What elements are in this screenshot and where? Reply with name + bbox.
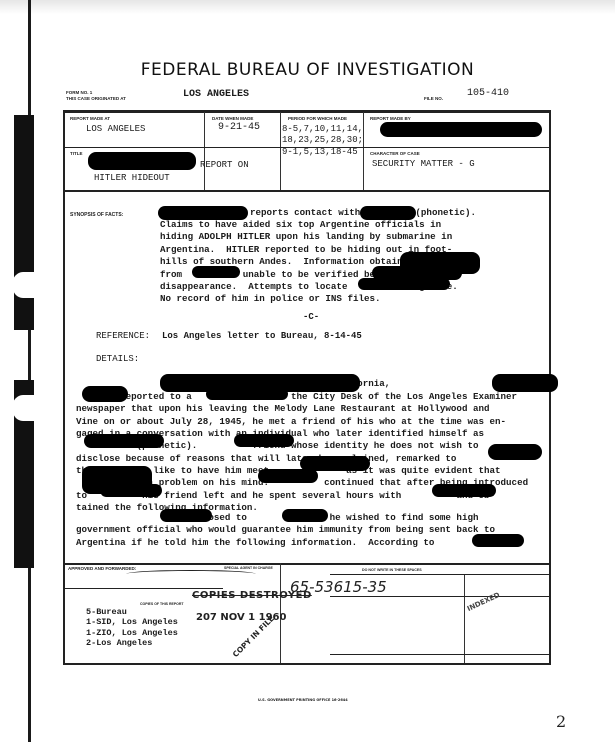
report-made-at-label: Report made at	[70, 116, 110, 121]
do-not-write-label: Do not write in these spaces	[362, 568, 422, 573]
file-no-label: File No.	[424, 96, 443, 101]
copies-item: 5-Bureau	[86, 607, 127, 618]
redaction	[282, 509, 328, 522]
period-line-3: 9-1,5,13,18-45	[282, 147, 358, 158]
classification-mark: -C-	[303, 312, 319, 322]
signature	[126, 570, 256, 578]
divider	[330, 654, 550, 655]
reference-value: Los Angeles letter to Bureau, 8-14-45	[162, 331, 362, 341]
redaction	[160, 509, 212, 522]
scan-shadow	[0, 0, 615, 14]
title-line-2: HITLER HIDEOUT	[94, 173, 170, 183]
copies-item: 1-ZIO, Los Angeles	[86, 628, 178, 639]
page-edge	[28, 0, 31, 742]
redaction	[380, 122, 542, 137]
synopsis-line-1: reports contact with (phonetic).	[250, 207, 476, 220]
redaction	[206, 388, 288, 400]
synopsis-line-8: No record of him in police or INS files.	[160, 293, 381, 306]
details-line: disclose because of reasons that will la…	[76, 453, 456, 465]
divider	[363, 112, 364, 190]
redaction	[432, 484, 496, 497]
divider	[330, 596, 550, 597]
punch-hole	[12, 395, 34, 421]
redaction	[158, 206, 248, 220]
divider	[63, 563, 551, 565]
file-no-value: 105-410	[467, 88, 509, 99]
printer-line: U.S. GOVERNMENT PRINTING OFFICE 16-2644	[258, 698, 348, 702]
report-made-at-value: LOS ANGELES	[86, 124, 145, 134]
redaction	[358, 278, 450, 290]
details-label: DETAILS:	[96, 354, 139, 364]
copies-label: Copies of this report	[140, 602, 184, 607]
redaction	[192, 266, 240, 278]
divider	[63, 190, 551, 192]
date-made-label: Date when made	[212, 116, 253, 121]
redaction	[100, 484, 162, 497]
redaction	[258, 469, 318, 483]
title-label: Title	[70, 151, 83, 156]
divider	[204, 112, 205, 190]
divider	[330, 574, 550, 575]
details-line: government official who would guarantee …	[76, 524, 495, 536]
synopsis-label: Synopsis of facts:	[70, 213, 123, 218]
originated-value: LOS ANGELES	[183, 89, 249, 100]
redaction	[472, 534, 524, 547]
synopsis-line-2: Claims to have aided six top Argentine o…	[160, 219, 441, 232]
details-line: disclosed to that he wished to find some…	[76, 512, 478, 524]
period-label: Period for which made	[288, 116, 347, 121]
originated-label: This case originated at	[66, 96, 126, 101]
divider	[464, 575, 465, 663]
report-made-by-label: Report made by	[370, 116, 411, 121]
details-line: newspaper that upon his leaving the Melo…	[76, 403, 490, 415]
period-line-2: 18,23,25,28,30;	[282, 135, 363, 146]
divider	[63, 588, 223, 589]
redaction	[84, 434, 164, 448]
title-line-1: REPORT ON	[200, 160, 249, 170]
copies-item: 1-SID, Los Angeles	[86, 617, 178, 628]
divider	[280, 112, 281, 190]
redaction	[492, 374, 558, 392]
character-value: SECURITY MATTER - G	[372, 159, 475, 169]
redaction	[88, 152, 196, 170]
agency-title: FEDERAL BUREAU OF INVESTIGATION	[0, 60, 615, 80]
form-number: Form No. 1	[66, 90, 92, 95]
synopsis-line-3: hiding ADOLPH HITLER upon his landing by…	[160, 231, 452, 244]
date-made-value: 9-21-45	[218, 122, 260, 133]
approved-label: Approved and forwarded:	[68, 566, 136, 571]
period-line-1: 8-5,7,10,11,14,	[282, 124, 363, 135]
redaction	[234, 434, 294, 447]
details-line: Vine on or about July 28, 1945, he met a…	[76, 416, 506, 428]
punch-hole	[12, 272, 34, 298]
reference-label: REFERENCE:	[96, 331, 150, 341]
divider	[63, 110, 551, 113]
copies-destroyed-stamp: COPIES DESTROYED	[192, 590, 312, 601]
page-number: 2	[556, 712, 566, 731]
redaction	[82, 386, 128, 402]
redaction	[488, 444, 542, 460]
copies-item: 2-Los Angeles	[86, 638, 152, 649]
character-label: Character of case	[370, 151, 420, 156]
details-line: Argentina if he told him the following i…	[76, 537, 501, 549]
details-line: reported to a on the City Desk of the Lo…	[76, 391, 517, 403]
